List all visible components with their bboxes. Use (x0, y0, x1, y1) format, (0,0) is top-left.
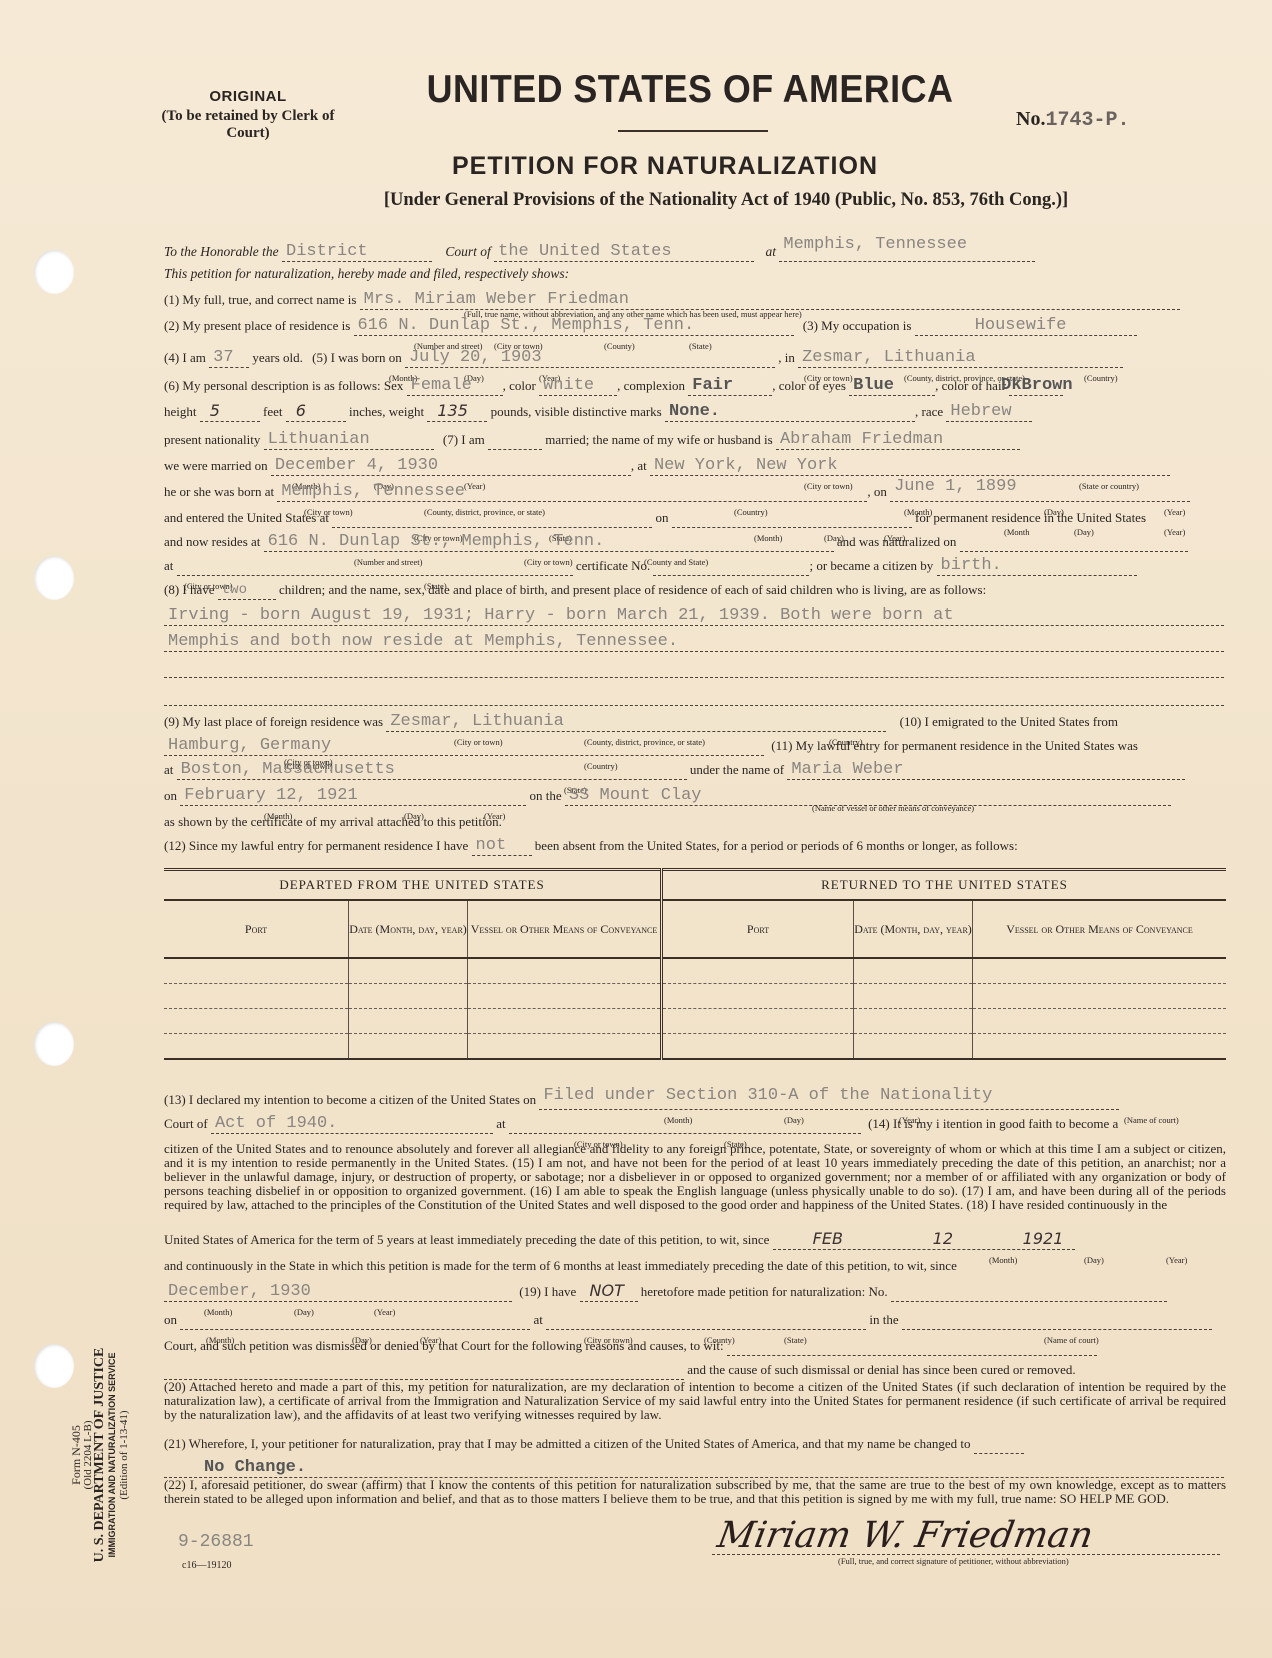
label: at (766, 244, 777, 259)
certificate-number-field[interactable] (653, 559, 809, 576)
col-date: Date (Month, day, year) (854, 900, 973, 958)
absence-field[interactable]: not (472, 839, 532, 856)
spouse-birthdate-field[interactable]: June 1, 1899 (890, 485, 1190, 502)
entered-line: and entered the United States at on for … (164, 508, 1226, 528)
emigrated-from-field[interactable]: Hamburg, Germany (164, 739, 764, 756)
intro-line: This petition for naturalization, hereby… (164, 264, 1226, 284)
signature-caption: (Full, true, and correct signature of pe… (838, 1556, 1069, 1566)
spouse-entry-place-field[interactable] (332, 511, 652, 528)
children-details-field[interactable]: Irving - born August 19, 1931; Harry - b… (164, 609, 1224, 626)
court-location-field[interactable]: Memphis, Tennessee (779, 245, 1035, 262)
punch-hole (34, 556, 74, 600)
children-line-3 (164, 658, 1226, 678)
nationality-field[interactable]: Lithuanian (264, 433, 434, 450)
col-vessel: Vessel or Other Means of Conveyance (468, 900, 662, 958)
label: To the Honorable the (164, 244, 279, 259)
stamp-number: 9-26881 (178, 1532, 254, 1552)
marriage-place-field[interactable]: New York, New York (650, 459, 1170, 476)
entry-name-field[interactable]: Maria Weber (787, 763, 1185, 780)
entry-date-line: on February 12, 1921 on the SS Mount Cla… (164, 786, 1226, 806)
spouse-citizen-line: at certificate No. ; or became a citizen… (164, 556, 1226, 576)
occupation-field[interactable]: Housewife (915, 319, 1137, 336)
q4-line: (4) I am 37 years old. (5) I was born on… (164, 348, 1226, 368)
declaration-field[interactable]: Filed under Section 310-A of the Nationa… (539, 1093, 1119, 1110)
dismissal-reasons-field[interactable] (727, 1339, 1097, 1356)
table-row (164, 958, 1226, 984)
race-field[interactable]: Hebrew (946, 405, 1032, 422)
table-row (164, 984, 1226, 1009)
state-since-label: and continuously in the State in which t… (164, 1256, 1226, 1276)
form-subtitle: [Under General Provisions of the Nationa… (236, 190, 1216, 211)
cured-line: and the cause of such dismissal or denia… (164, 1360, 1226, 1380)
spouse-entry-date-field[interactable] (672, 511, 912, 528)
spouse-born-line: he or she was born at Memphis, Tennessee… (164, 482, 1226, 502)
col-date: Date (Month, day, year) (349, 900, 468, 958)
prior-petition-number-field[interactable] (891, 1285, 1167, 1302)
spouse-birthplace-field[interactable]: Memphis, Tennessee (277, 485, 867, 502)
court-line: To the Honorable the District Court of t… (164, 242, 1226, 262)
original-subtext: (To be retained by Clerk of Court) (160, 108, 336, 142)
punch-hole (34, 1344, 74, 1388)
oath-paragraph: citizen of the United States and to reno… (164, 1142, 1226, 1212)
declaration-court-field[interactable]: Act of 1940. (211, 1117, 493, 1134)
children-line-1: Irving - born August 19, 1931; Harry - b… (164, 606, 1226, 626)
q21-line: (21) Wherefore, I, your petitioner for n… (164, 1434, 1226, 1454)
table-row (164, 1009, 1226, 1034)
prior-petition-line: on at in the (Month) (Day) (Year) (City … (164, 1310, 1226, 1330)
absence-table: DEPARTED FROM THE UNITED STATES RETURNED… (164, 868, 1226, 1060)
name-change-line: No Change. (164, 1458, 1226, 1478)
spouse-resides-line: and now resides at 616 N. Dunlap St., Me… (164, 532, 1226, 552)
departed-header: DEPARTED FROM THE UNITED STATES (164, 870, 662, 901)
col-port: Port (164, 900, 349, 958)
prior-petition-court-field[interactable] (902, 1313, 1212, 1330)
prior-petition-date-field[interactable] (180, 1313, 530, 1330)
sex-field[interactable]: Female (407, 379, 503, 396)
distinctive-marks-field[interactable]: None. (665, 405, 915, 422)
label: Court of (445, 244, 490, 259)
children-details-field[interactable] (164, 661, 1224, 678)
entry-line: at Boston, Massachusetts under the name … (164, 760, 1226, 780)
dismissal-reasons-field[interactable] (164, 1363, 684, 1380)
children-line-2: Memphis and both now reside at Memphis, … (164, 632, 1226, 652)
returned-header: RETURNED TO THE UNITED STATES (662, 870, 1227, 901)
residence-since-line: United States of America for the term of… (164, 1230, 1226, 1250)
form-side-label: Form N-405 (Old 2204 L-B) U. S. DEPARTME… (70, 1325, 130, 1585)
court-of-field[interactable]: the United States (494, 245, 754, 262)
color-field[interactable]: white (539, 379, 617, 396)
petition-page: ORIGINAL (To be retained by Clerk of Cou… (0, 0, 1272, 1658)
spouse-residence-field[interactable]: 616 N. Dunlap St., Memphis, Tenn. (264, 535, 834, 552)
weight-field[interactable]: 135 (427, 405, 487, 422)
q12-line: (12) Since my lawful entry for permanent… (164, 836, 1226, 856)
birth-date-field[interactable]: July 20, 1903 (405, 351, 775, 368)
name-change-field[interactable] (974, 1437, 1024, 1454)
print-code: c16—19120 (182, 1560, 231, 1571)
court-name-field[interactable]: District (282, 245, 432, 262)
document-title: UNITED STATES OF AMERICA (405, 68, 975, 112)
prior-petition-field[interactable]: NOT (580, 1285, 638, 1302)
certificate-line: as shown by the certificate of my arriva… (164, 812, 1226, 832)
title-rule (618, 130, 768, 132)
q8-line: (8) I have two children; and the name, s… (164, 580, 1226, 600)
declaration-place-field[interactable] (509, 1117, 861, 1134)
entry-date-field[interactable]: February 12, 1921 (180, 789, 526, 806)
age-field[interactable]: 37 (209, 351, 249, 368)
q20-paragraph: (20) Attached hereto and made a part of … (164, 1380, 1226, 1422)
children-line-4 (164, 686, 1226, 706)
hair-color-field[interactable]: DkBrown (1009, 379, 1063, 396)
original-label: ORIGINAL (168, 88, 328, 105)
q6-line: (6) My personal description is as follow… (164, 376, 1226, 396)
petition-number-value: 1743-P. (1045, 109, 1129, 132)
prior-petition-place-field[interactable] (546, 1313, 866, 1330)
q13-line: (13) I declared my intention to become a… (164, 1090, 1226, 1110)
state-since-field[interactable]: December, 1930 (164, 1285, 512, 1302)
married-line: we were married on December 4, 1930, at … (164, 456, 1226, 476)
children-details-field[interactable]: Memphis and both now reside at Memphis, … (164, 635, 1224, 652)
spouse-name-field[interactable]: Abraham Friedman (776, 433, 1020, 450)
petitioner-signature: Miriam W. Friedman (714, 1515, 1096, 1556)
petition-number: No.1743-P. (1016, 108, 1129, 132)
punch-hole (34, 1022, 74, 1066)
q2-line: (2) My present place of residence is 616… (164, 316, 1226, 336)
children-count-field[interactable]: two (218, 583, 276, 600)
punch-hole (34, 250, 74, 294)
q13-court-line: Court of Act of 1940. at (14) It is my i… (164, 1114, 1226, 1134)
name-change-field[interactable]: No Change. (164, 1461, 1224, 1478)
q7-line: present nationality Lithuanian (7) I am … (164, 430, 1226, 450)
col-vessel: Vessel or Other Means of Conveyance (973, 900, 1227, 958)
signature-field[interactable]: Miriam W. Friedman (712, 1512, 1220, 1555)
residence-field[interactable]: 616 N. Dunlap St., Memphis, Tenn. (354, 319, 794, 336)
q9-line: (9) My last place of foreign residence w… (164, 712, 1226, 732)
residence-since-field[interactable]: FEB 12 1921 (773, 1233, 1075, 1250)
q1-line: (1) My full, true, and correct name is M… (164, 290, 1226, 310)
q19-line: December, 1930 (19) I have NOT heretofor… (164, 1282, 1226, 1302)
dismissed-line: Court, and such petition was dismissed o… (164, 1336, 1226, 1356)
eye-color-field[interactable]: Blue (849, 379, 935, 396)
complexion-field[interactable]: Fair (688, 379, 772, 396)
foreign-residence-field[interactable]: Zesmar, Lithuania (386, 715, 886, 732)
height-line: height 5 feet 6 inches, weight 135 pound… (164, 402, 1226, 422)
marriage-date-field[interactable]: December 4, 1930 (271, 459, 631, 476)
entry-port-field[interactable]: Boston, Massachusetts (177, 763, 687, 780)
children-details-field[interactable] (164, 689, 1224, 706)
citizen-by-field[interactable]: birth. (937, 559, 1137, 576)
height-inches-field[interactable]: 6 (286, 405, 346, 422)
form-title: PETITION FOR NATURALIZATION (320, 152, 1010, 181)
table-row (164, 1034, 1226, 1060)
marital-field[interactable] (488, 433, 542, 450)
birth-place-field[interactable]: Zesmar, Lithuania (798, 351, 1123, 368)
col-port: Port (662, 900, 854, 958)
height-feet-field[interactable]: 5 (200, 405, 260, 422)
naturalized-place-field[interactable] (177, 559, 573, 576)
petition-number-label: No. (1016, 108, 1045, 130)
q22-paragraph: (22) I, aforesaid petitioner, do swear (… (164, 1478, 1226, 1506)
